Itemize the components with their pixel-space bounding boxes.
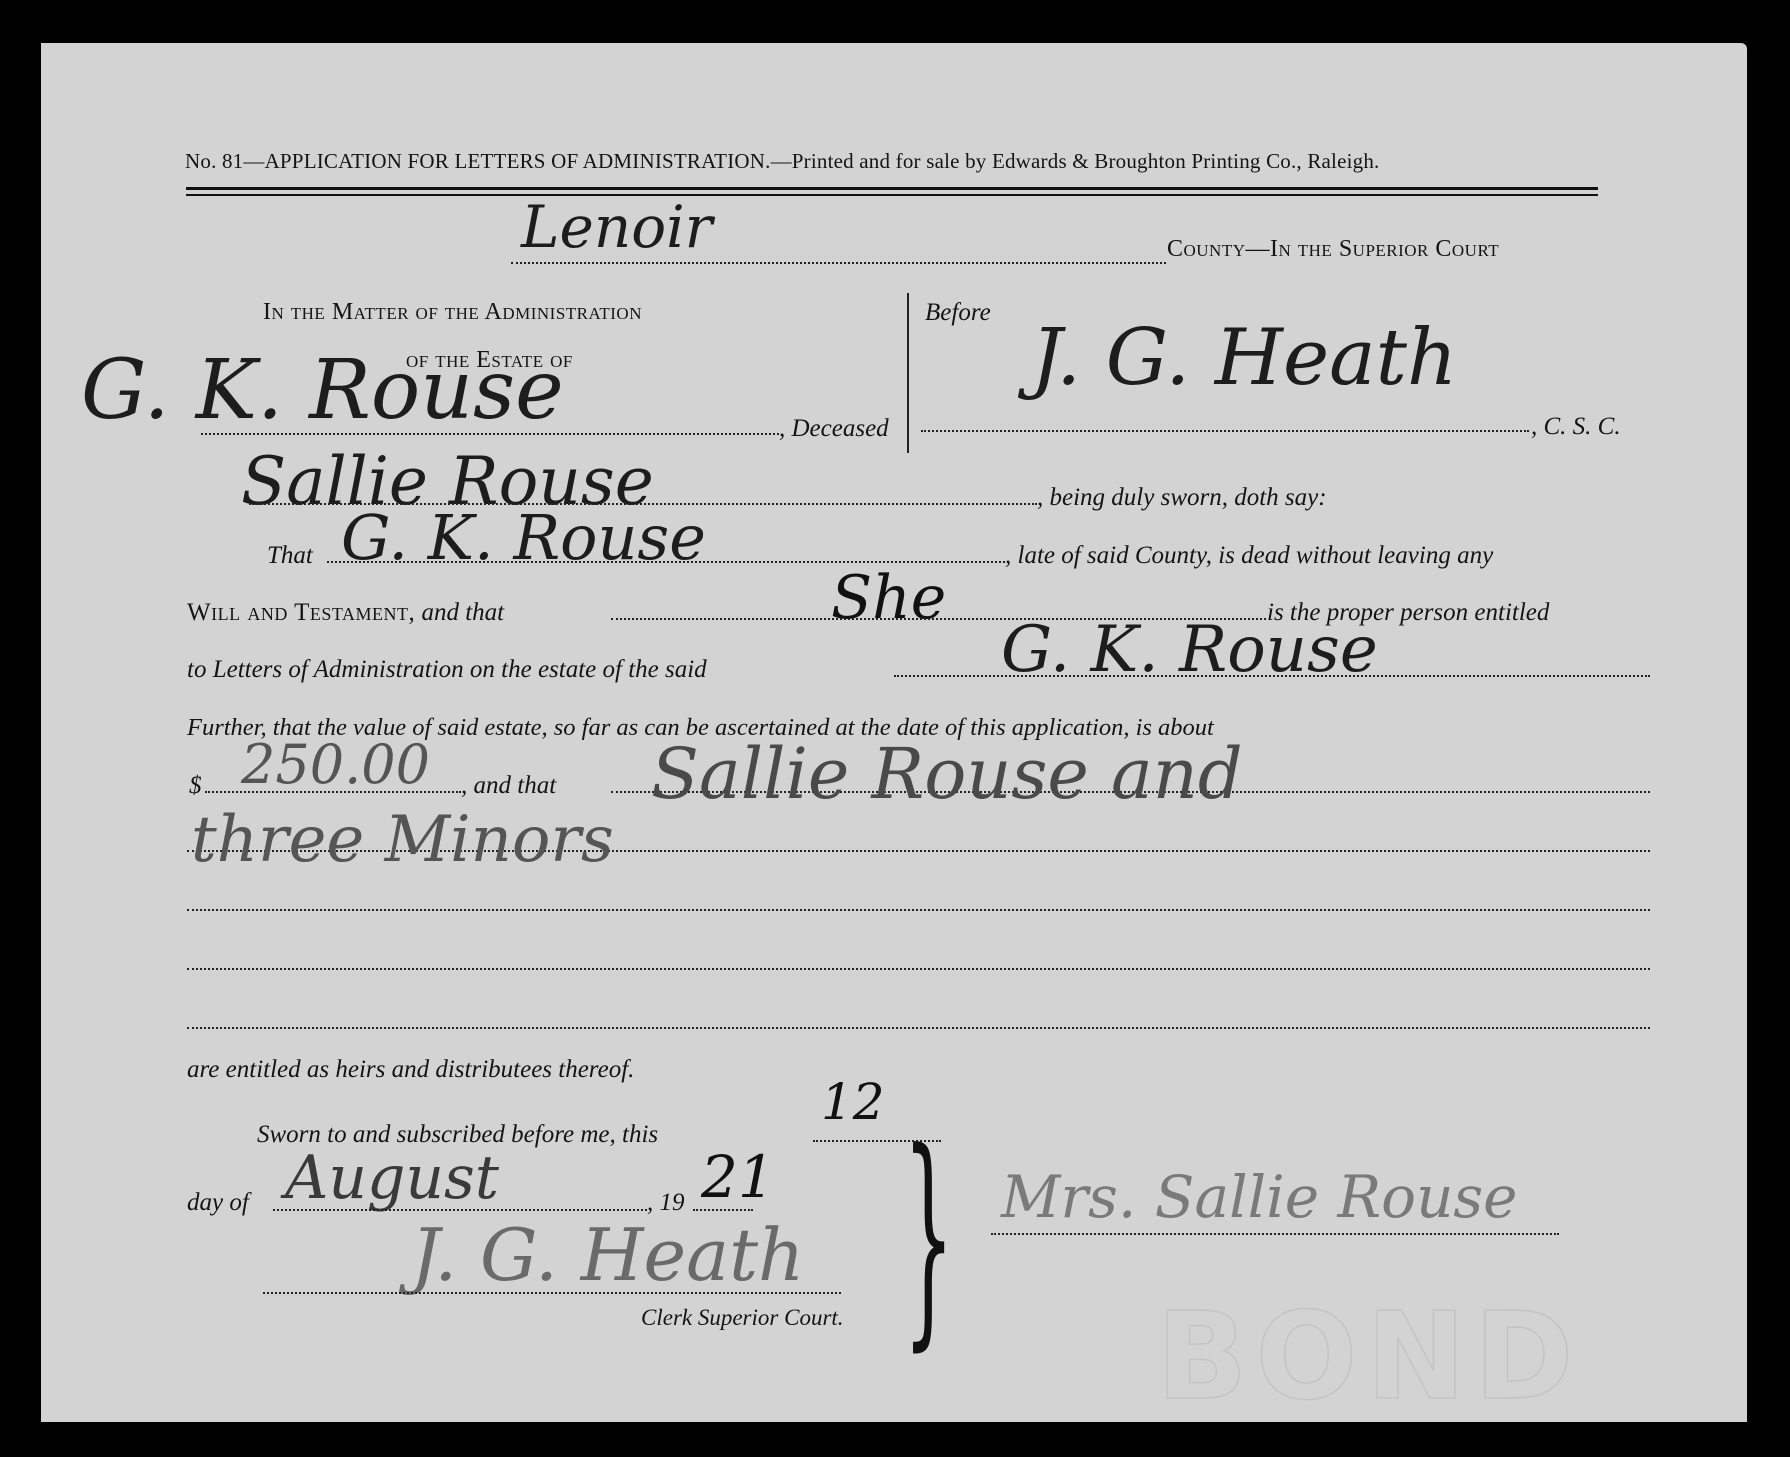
year-handwritten[interactable]: 21 [701,1143,775,1211]
clerk-signature-handwritten[interactable]: J. G. Heath [411,1213,804,1297]
header-rule-bottom [186,194,1598,196]
county-handwritten[interactable]: Lenoir [521,193,712,261]
sworn-label: , being duly sworn, doth say: [1037,484,1327,512]
will-label-caps: Will and Testament, [187,599,415,626]
pronoun-handwritten[interactable]: She [831,563,946,633]
that-label: That [267,542,313,570]
matter-heading: In the Matter of the Administration [263,299,642,326]
form-header: No. 81—APPLICATION FOR LETTERS OF ADMINI… [185,149,1380,174]
day-of-label: day of [187,1189,249,1217]
dollar-label: $ [189,772,202,800]
before-label: Before [925,299,991,327]
day-handwritten[interactable]: 12 [821,1073,885,1131]
county-court-label: County—In the Superior Court [1167,236,1499,263]
applicant-signature-line [991,1233,1559,1235]
and-that-label: , and that [461,772,556,800]
document-page: No. 81—APPLICATION FOR LETTERS OF ADMINI… [41,43,1747,1422]
deceased-field-line [201,433,779,435]
will-label-italic: and that [421,599,504,626]
month-field-line [273,1209,647,1211]
deceased-label: , Deceased [779,415,889,443]
value-field-line [205,791,461,793]
clerk-label: Clerk Superior Court. [641,1305,844,1331]
header-rule-top [186,187,1598,190]
bond-watermark: BOND [1156,1288,1582,1427]
deceased-name-handwritten[interactable]: G. K. Rouse [81,343,564,438]
clerk-name-handwritten[interactable]: J. G. Heath [1031,313,1457,403]
heirs-line2-handwritten[interactable]: three Minors [191,803,614,877]
late-of-label: , late of said County, is dead without l… [1005,542,1493,570]
heirs-field-line-3 [187,909,1650,911]
county-field-line [511,262,1166,264]
applicant-signature-handwritten[interactable]: Mrs. Sallie Rouse [1001,1163,1518,1231]
clerk-field-line [921,430,1529,432]
heirs-line1-handwritten[interactable]: Sallie Rouse and [651,733,1243,815]
letters-label: to Letters of Administration on the esta… [187,656,707,684]
year-field-line [693,1209,753,1211]
csc-label: , C. S. C. [1531,413,1621,441]
column-divider [907,293,909,453]
clerk-signature-line [263,1292,841,1294]
estate-of-said-field-line [894,675,1650,677]
heirs-field-line-4 [187,968,1650,970]
heirs-field-line-5 [187,1027,1650,1029]
month-handwritten[interactable]: August [285,1143,499,1213]
heirs-label: are entitled as heirs and distributees t… [187,1056,634,1084]
that-name-handwritten[interactable]: G. K. Rouse [341,501,706,574]
jurat-brace: } [903,1123,954,1353]
estate-value-handwritten[interactable]: 250.00 [241,733,430,796]
will-label: Will and Testament, and that [187,599,504,627]
